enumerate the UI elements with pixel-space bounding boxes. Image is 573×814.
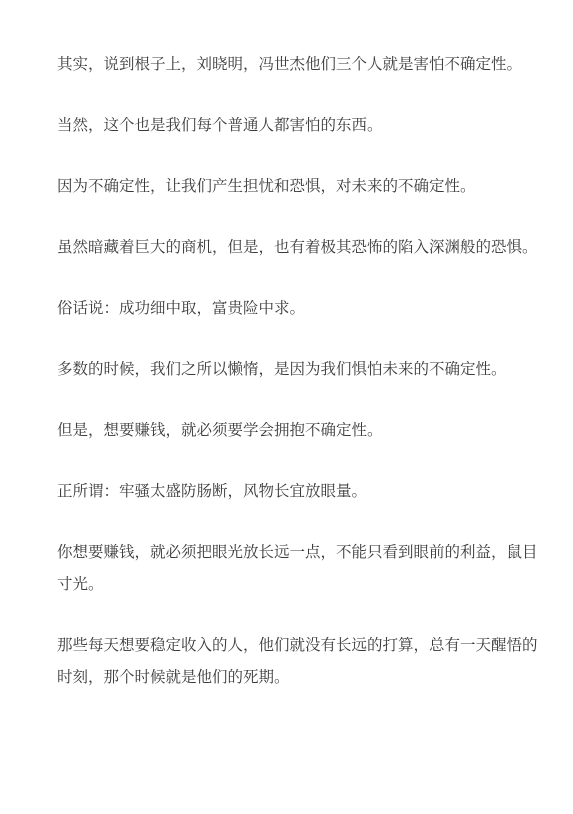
paragraph: 但是，想要赚钱，就必须要学会拥抱不确定性。 bbox=[57, 415, 541, 447]
paragraph: 俗话说：成功细中取，富贵险中求。 bbox=[57, 293, 541, 325]
paragraph: 因为不确定性，让我们产生担忧和恐惧，对未来的不确定性。 bbox=[57, 171, 541, 203]
paragraph: 其实，说到根子上，刘晓明，冯世杰他们三个人就是害怕不确定性。 bbox=[57, 49, 541, 81]
paragraph: 那些每天想要稳定收入的人，他们就没有长远的打算，总有一天醒悟的时刻，那个时候就是… bbox=[57, 630, 541, 694]
paragraph: 正所谓：牢骚太盛防肠断，风物长宜放眼量。 bbox=[57, 476, 541, 508]
document-page: 其实，说到根子上，刘晓明，冯世杰他们三个人就是害怕不确定性。当然，这个也是我们每… bbox=[0, 0, 573, 814]
paragraph: 多数的时候，我们之所以懒惰，是因为我们惧怕未来的不确定性。 bbox=[57, 354, 541, 386]
paragraph: 你想要赚钱，就必须把眼光放长远一点，不能只看到眼前的利益，鼠目寸光。 bbox=[57, 537, 541, 601]
paragraph: 虽然暗藏着巨大的商机，但是，也有着极其恐怖的陷入深渊般的恐惧。 bbox=[57, 232, 541, 264]
document-body-text: 其实，说到根子上，刘晓明，冯世杰他们三个人就是害怕不确定性。当然，这个也是我们每… bbox=[57, 49, 541, 723]
paragraph: 当然，这个也是我们每个普通人都害怕的东西。 bbox=[57, 110, 541, 142]
